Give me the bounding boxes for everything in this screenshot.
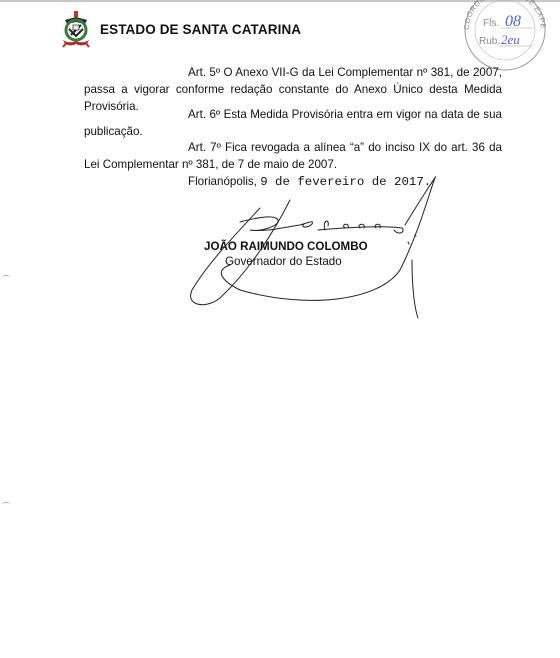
signer-name: JOÃO RAIMUNDO COLOMBO [204, 240, 368, 253]
svg-text:COORDENADORIA DE EXPEDIENTE: COORDENADORIA DE EXPEDIENTE [455, 0, 548, 30]
article-6-rest: publicação. [84, 125, 143, 138]
margin-mark [2, 275, 10, 279]
article-6: Art. 6º Esta Medida Provisória entra em … [84, 106, 502, 140]
svg-text:Fls.: Fls. [483, 18, 499, 29]
protocol-stamp: COORDENADORIA DE EXPEDIENTE Fls. 08 Rub.… [455, 0, 555, 74]
article-6-lead: Art. 6º Esta Medida Provisória entra em … [188, 108, 502, 121]
svg-text:2eu: 2eu [501, 32, 520, 47]
article-5-lead: Art. 5º O Anexo VII-G da Lei Complementa… [188, 66, 502, 79]
svg-text:08: 08 [505, 13, 521, 30]
coat-of-arms-icon [59, 10, 93, 48]
margin-mark [2, 502, 10, 506]
signer-role: Governador do Estado [225, 255, 342, 268]
header-title: ESTADO DE SANTA CATARINA [100, 22, 301, 37]
article-7: Art. 7º Fica revogada a alínea “a” do in… [84, 139, 502, 173]
svg-text:Rub.: Rub. [479, 36, 500, 47]
